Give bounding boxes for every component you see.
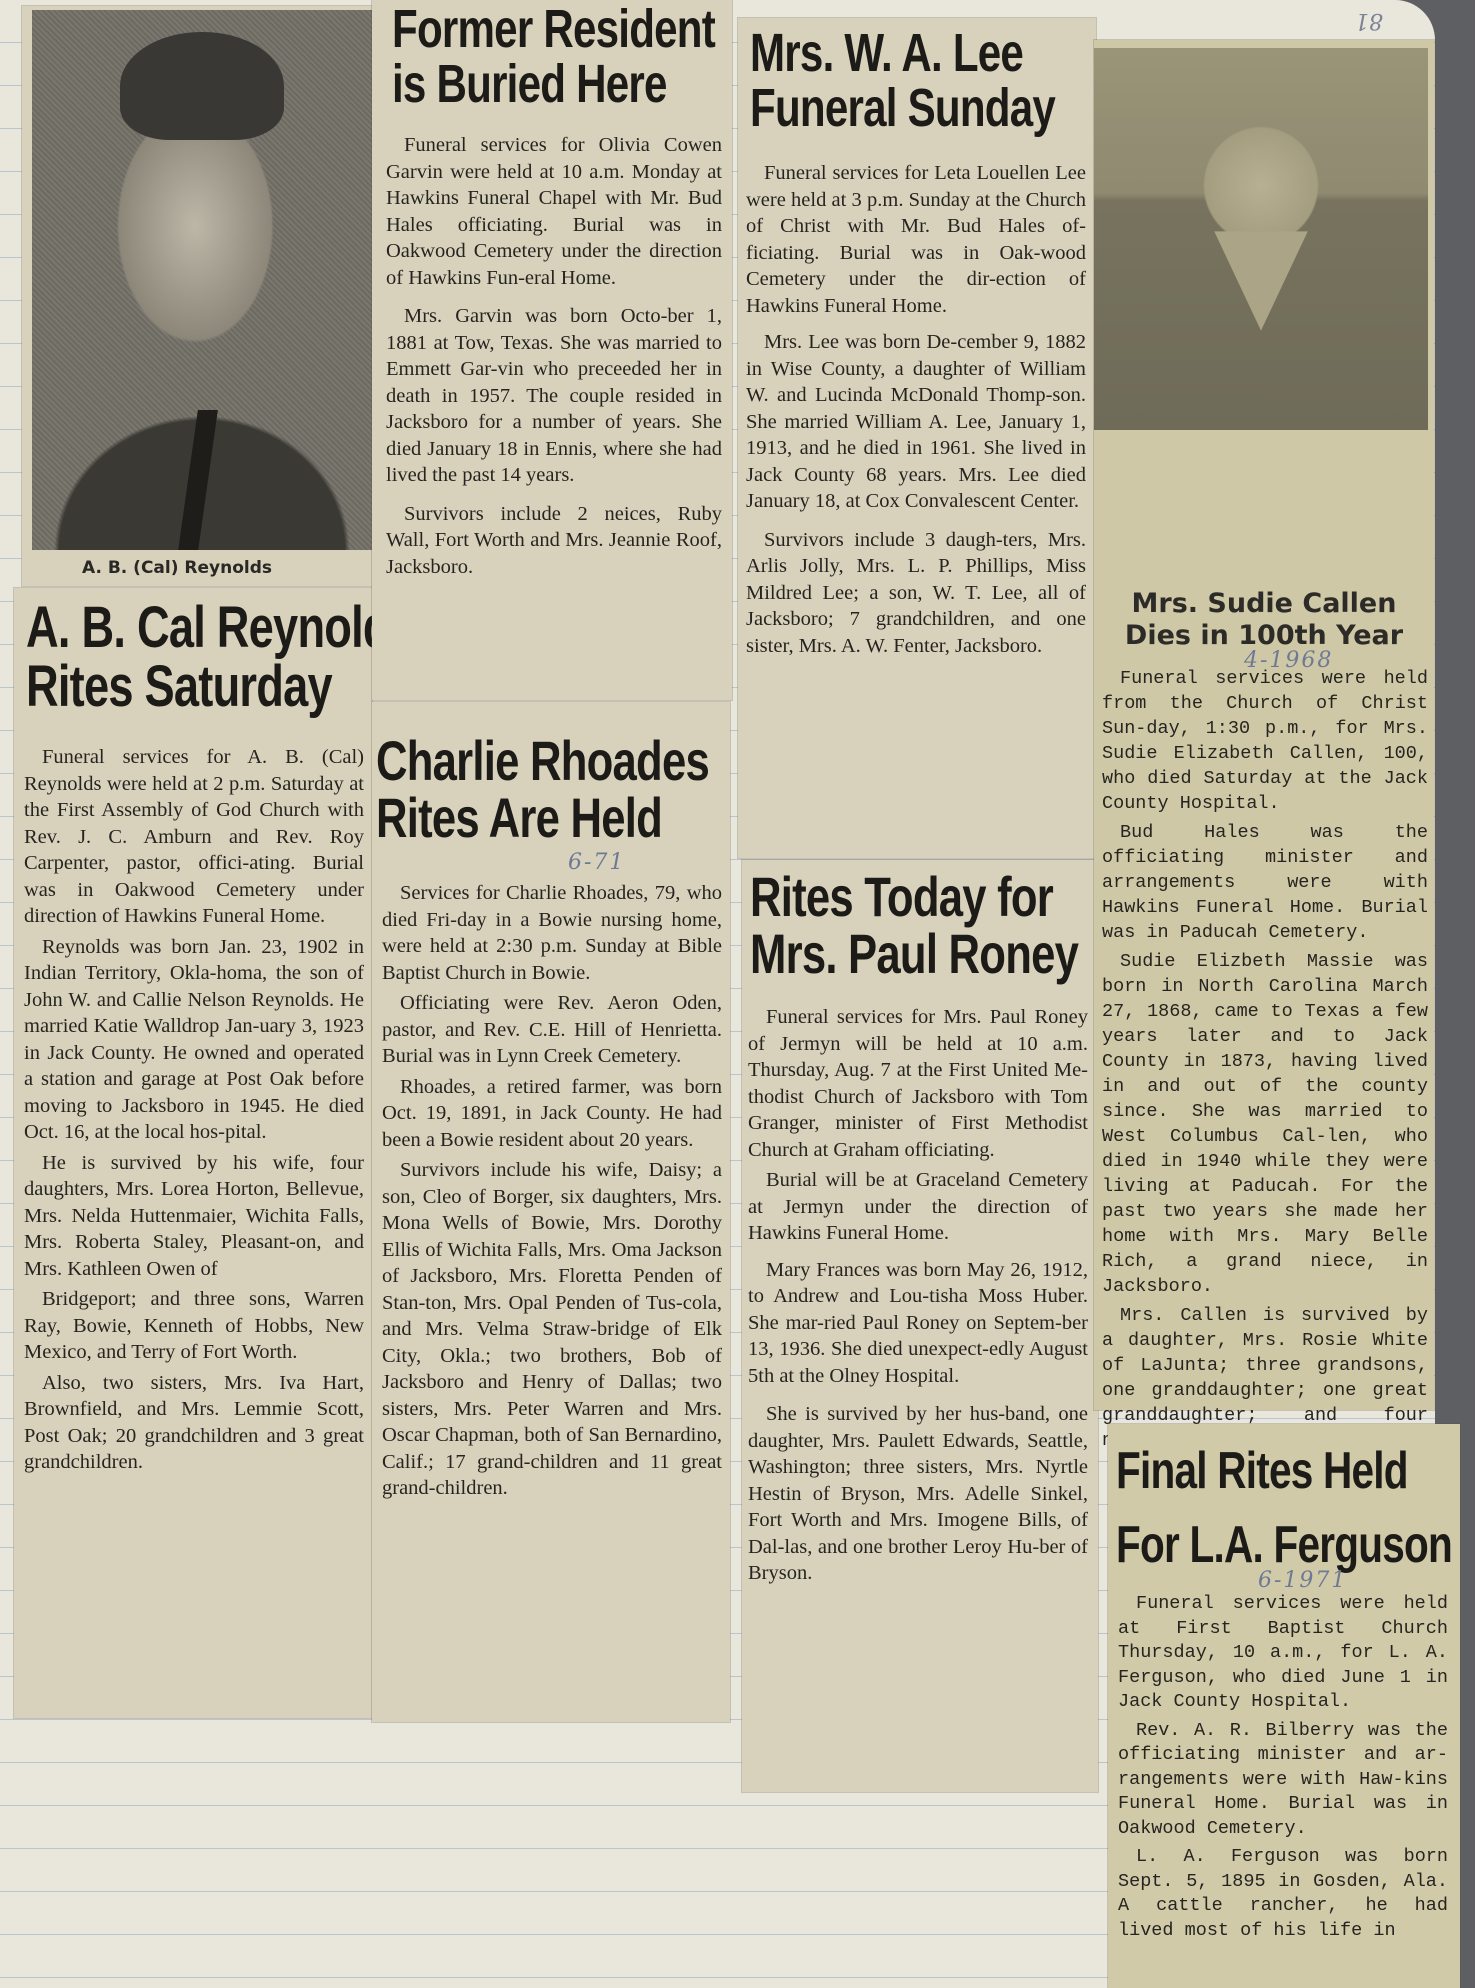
roney-headline-line1: Rites Today for bbox=[750, 868, 1078, 925]
garvin-body: Funeral services for Olivia Cowen Garvin… bbox=[386, 132, 722, 580]
rhoades-paragraph: Rhoades, a retired farmer, was born Oct.… bbox=[382, 1074, 722, 1154]
rhoades-obituary-clipping: Charlie Rhoades Rites Are Held 6-71 Serv… bbox=[372, 702, 730, 1722]
lee-headline: Mrs. W. A. Lee Funeral Sunday bbox=[750, 26, 1055, 136]
garvin-paragraph: Survivors include 2 neices, Ruby Wall, F… bbox=[386, 501, 722, 581]
callen-paragraph: Bud Hales was the officiating minister a… bbox=[1102, 820, 1428, 945]
callen-body: Funeral services were held from the Chur… bbox=[1102, 666, 1428, 1453]
rhoades-paragraph: Survivors include his wife, Daisy; a son… bbox=[382, 1157, 722, 1502]
ferguson-paragraph: Rev. A. R. Bilberry was the officiating … bbox=[1118, 1719, 1448, 1842]
reynolds-headline-line1: A. B. Cal Reynolds bbox=[26, 598, 414, 657]
reynolds-headline: A. B. Cal Reynolds Rites Saturday bbox=[26, 598, 414, 716]
roney-obituary-clipping: Rites Today for Mrs. Paul Roney Funeral … bbox=[742, 860, 1098, 1792]
callen-portrait-photo bbox=[1094, 48, 1428, 430]
lee-headline-line1: Mrs. W. A. Lee bbox=[750, 26, 1055, 81]
reynolds-portrait-photo bbox=[32, 10, 372, 550]
reynolds-paragraph: Also, two sisters, Mrs. Iva Hart, Brownf… bbox=[24, 1370, 364, 1476]
garvin-paragraph: Mrs. Garvin was born Octo-ber 1, 1881 at… bbox=[386, 303, 722, 489]
reynolds-photo-clipping: A. B. (Cal) Reynolds bbox=[22, 6, 372, 586]
reynolds-paragraph: Bridgeport; and three sons, Warren Ray, … bbox=[24, 1286, 364, 1366]
callen-headline: Mrs. Sudie Callen Dies in 100th Year bbox=[1094, 588, 1434, 652]
callen-paragraph: Sudie Elizbeth Massie was born in North … bbox=[1102, 949, 1428, 1299]
ferguson-paragraph: Funeral services were held at First Bapt… bbox=[1118, 1592, 1448, 1715]
callen-paragraph: Funeral services were held from the Chur… bbox=[1102, 666, 1428, 816]
rhoades-headline-line2: Rites Are Held bbox=[376, 789, 709, 846]
callen-headline-line1: Mrs. Sudie Callen bbox=[1094, 588, 1434, 620]
roney-headline: Rites Today for Mrs. Paul Roney bbox=[750, 868, 1078, 982]
rhoades-handwritten-date: 6-71 bbox=[568, 850, 625, 875]
rhoades-paragraph: Services for Charlie Rhoades, 79, who di… bbox=[382, 880, 722, 986]
handwritten-page-number: 81 bbox=[1355, 8, 1383, 33]
reynolds-photo-caption: A. B. (Cal) Reynolds bbox=[82, 558, 272, 578]
reynolds-paragraph: Funeral services for A. B. (Cal) Reynold… bbox=[24, 744, 364, 930]
roney-paragraph: Funeral services for Mrs. Paul Roney of … bbox=[748, 1004, 1088, 1163]
roney-paragraph: Burial will be at Graceland Cemetery at … bbox=[748, 1167, 1088, 1247]
roney-body: Funeral services for Mrs. Paul Roney of … bbox=[748, 1004, 1088, 1587]
lee-paragraph: Mrs. Lee was born De-cember 9, 1882 in W… bbox=[746, 329, 1086, 515]
rhoades-paragraph: Officiating were Rev. Aeron Oden, pastor… bbox=[382, 990, 722, 1070]
ferguson-headline-line1: Final Rites Held bbox=[1116, 1434, 1452, 1508]
garvin-obituary-clipping: Former Resident is Buried Here Funeral s… bbox=[372, 0, 732, 700]
ferguson-body: Funeral services were held at First Bapt… bbox=[1118, 1592, 1448, 1943]
lee-obituary-clipping: Mrs. W. A. Lee Funeral Sunday Funeral se… bbox=[738, 18, 1096, 858]
scrapbook-page: 81 A. B. (Cal) Reynolds A. B. Cal Reynol… bbox=[0, 0, 1435, 1988]
reynolds-obituary-clipping: A. B. Cal Reynolds Rites Saturday Funera… bbox=[14, 588, 372, 1718]
garvin-headline-line1: Former Resident bbox=[392, 2, 715, 57]
garvin-headline-line2: is Buried Here bbox=[392, 57, 715, 112]
ferguson-obituary-clipping: Final Rites Held For L.A. Ferguson 6-197… bbox=[1108, 1424, 1460, 1988]
lee-paragraph: Survivors include 3 daugh-ters, Mrs. Arl… bbox=[746, 527, 1086, 660]
ferguson-paragraph: L. A. Ferguson was born Sept. 5, 1895 in… bbox=[1118, 1845, 1448, 1943]
lee-headline-line2: Funeral Sunday bbox=[750, 81, 1055, 136]
ferguson-handwritten-date: 6-1971 bbox=[1258, 1568, 1347, 1593]
ferguson-headline: Final Rites Held For L.A. Ferguson bbox=[1116, 1434, 1452, 1582]
rhoades-headline: Charlie Rhoades Rites Are Held bbox=[376, 732, 709, 846]
roney-headline-line2: Mrs. Paul Roney bbox=[750, 925, 1078, 982]
rhoades-body: Services for Charlie Rhoades, 79, who di… bbox=[382, 880, 722, 1502]
rhoades-headline-line1: Charlie Rhoades bbox=[376, 732, 709, 789]
callen-obituary-clipping: Mrs. Sudie Callen Dies in 100th Year 4-1… bbox=[1094, 40, 1434, 1410]
reynolds-body: Funeral services for A. B. (Cal) Reynold… bbox=[24, 744, 364, 1476]
roney-paragraph: She is survived by her hus-band, one dau… bbox=[748, 1401, 1088, 1587]
reynolds-paragraph: Reynolds was born Jan. 23, 1902 in India… bbox=[24, 934, 364, 1146]
roney-paragraph: Mary Frances was born May 26, 1912, to A… bbox=[748, 1257, 1088, 1390]
lee-body: Funeral services for Leta Louellen Lee w… bbox=[746, 160, 1086, 659]
lee-paragraph: Funeral services for Leta Louellen Lee w… bbox=[746, 160, 1086, 319]
garvin-headline: Former Resident is Buried Here bbox=[392, 2, 715, 112]
reynolds-paragraph: He is survived by his wife, four daughte… bbox=[24, 1150, 364, 1283]
reynolds-headline-line2: Rites Saturday bbox=[26, 657, 414, 716]
garvin-paragraph: Funeral services for Olivia Cowen Garvin… bbox=[386, 132, 722, 291]
